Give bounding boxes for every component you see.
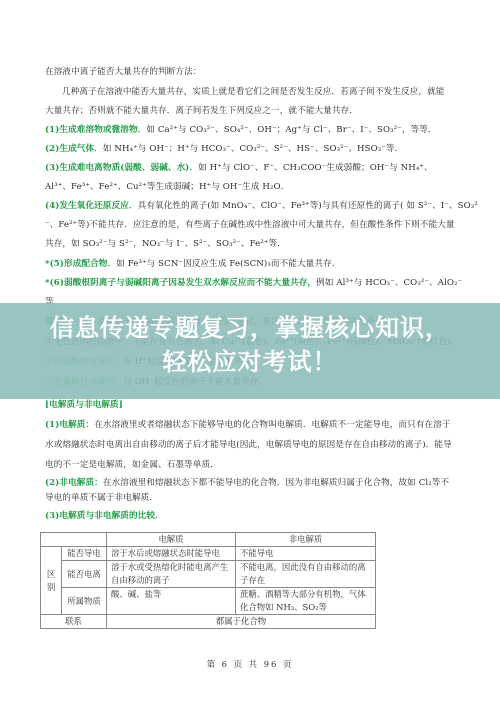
definition-1-cont-2: 电的不一定是电解质，如金属、石墨等单质． bbox=[45, 459, 460, 471]
table-row: 区别 能否导电 溶于水后或熔融状态时能导电 不能导电 bbox=[41, 547, 376, 561]
table-aspect: 所属物质 bbox=[62, 588, 107, 615]
definition-1-text: 在水溶液里或者熔融状态下能够导电的化合物叫电解质．电解质不一定能导电，而只有在溶… bbox=[94, 420, 450, 430]
intro-line-2: 大量共存；否则就不能大量共存．离子间若发生下列反应之一，就不能大量共存． bbox=[45, 105, 460, 117]
table-row: 能否电离 溶于水或受热熔化时能电离产生自由移动的离子 不能电离，因此没有自由移动… bbox=[41, 561, 376, 588]
intro-line-1: 几种离子在溶液中能否大量共存，实质上就是看它们之间是否发生反应．若离子间不发生反… bbox=[62, 86, 460, 98]
page-number: 第 6 页 共 96 页 bbox=[0, 658, 500, 670]
table-cell-non-electrolyte: 不能导电 bbox=[236, 547, 376, 561]
doc-heading: 在溶液中离子能否大量共存的判断方法： bbox=[45, 66, 460, 78]
rule-1: (1)生成难溶物或微溶物．如 Ca²⁺与 CO₃²⁻、SO₄²⁻、OH⁻；Ag⁺… bbox=[45, 124, 460, 136]
definition-2-label: (2)非电解质： bbox=[45, 478, 103, 488]
table-cell-non-electrolyte: 不能电离，因此没有自由移动的离子存在 bbox=[236, 561, 376, 588]
rule-4-label: (4)发生氧化还原反应． bbox=[45, 201, 138, 211]
definition-1-label: (1)电解质： bbox=[45, 420, 94, 430]
rule-2: (2)生成气体．如 NH₄⁺与 OH⁻；H⁺与 HCO₃⁻、CO₃²⁻、S²⁻、… bbox=[45, 143, 460, 155]
rule-6-label: *(6)弱酸根阴离子与弱碱阳离子因易发生双水解反应而不能大量共存， bbox=[45, 278, 316, 288]
definition-3: (3)电解质与非电解质的比较． bbox=[45, 510, 460, 522]
rule-4-text: 具有氧化性的离子(如 MnO₄⁻、ClO⁻、Fe³⁺等)与具有还原性的离子( 如… bbox=[138, 201, 478, 211]
banner-line-1: 信息传递专题复习，掌握核心知识， bbox=[0, 311, 500, 345]
rule-5-text: 如 Fe³⁺与 SCN⁻因反应生成 Fe(SCN)₃而不能大量共存． bbox=[116, 259, 340, 269]
rule-3-cont: Al³⁺、Fe³⁺、Fe²⁺、Cu²⁺等生成弱碱；H⁺与 OH⁻生成 H₂O． bbox=[45, 181, 460, 193]
table-cell-electrolyte: 酸、碱、盐等 bbox=[107, 588, 236, 615]
table-header-non-electrolyte: 非电解质 bbox=[236, 533, 376, 547]
table-relation-value: 都属于化合物 bbox=[107, 615, 376, 629]
rule-5-label: *(5)形成配合物． bbox=[45, 259, 116, 269]
banner-headline: 信息传递专题复习，掌握核心知识， 轻松应对考试！ bbox=[0, 311, 500, 379]
table-header-blank bbox=[41, 533, 107, 547]
rule-1-text: 如 Ca²⁺与 CO₃²⁻、SO₄²⁻、OH⁻；Ag⁺与 Cl⁻、Br⁻、I⁻、… bbox=[146, 125, 436, 135]
definition-1-cont-1: 水或熔融状态时电离出自由移动的离子后才能导电(因此，电解质导电的原因是存在自由移… bbox=[45, 439, 460, 451]
rule-3-text: 如 H⁺与 ClO⁻、F⁻、CH₃COO⁻生成弱酸；OH⁻与 NH₄⁺、 bbox=[198, 163, 433, 173]
rule-5: *(5)形成配合物．如 Fe³⁺与 SCN⁻因反应生成 Fe(SCN)₃而不能大… bbox=[45, 258, 460, 270]
rule-2-label: (2)生成气体． bbox=[45, 144, 103, 154]
rule-3: (3)生成难电离物质(弱酸、弱碱、水)．如 H⁺与 ClO⁻、F⁻、CH₃COO… bbox=[45, 162, 460, 174]
banner-line-2: 轻松应对考试！ bbox=[0, 345, 500, 379]
rule-4-cont-2: 共存，如 SO₃²⁻与 S²⁻，NO₃⁻与 I⁻、S²⁻、SO₃²⁻、Fe²⁺等… bbox=[45, 238, 460, 250]
table-cell-electrolyte: 溶于水后或熔融状态时能导电 bbox=[107, 547, 236, 561]
rule-4: (4)发生氧化还原反应．具有氧化性的离子(如 MnO₄⁻、ClO⁻、Fe³⁺等)… bbox=[45, 200, 460, 212]
table-cell-electrolyte: 溶于水或受热熔化时能电离产生自由移动的离子 bbox=[107, 561, 236, 588]
rule-2-text: 如 NH₄⁺与 OH⁻；H⁺与 HCO₃⁻、CO₃²⁻、S²⁻、HS⁻、SO₃²… bbox=[103, 144, 403, 154]
rule-3-label: (3)生成难电离物质(弱酸、弱碱、水)． bbox=[45, 163, 198, 173]
rule-6-text: 例如 Al³⁺与 HCO₃⁻、CO₃²⁻、AlO₂⁻ bbox=[316, 278, 462, 288]
rule-6: *(6)弱酸根阴离子与弱碱阳离子因易发生双水解反应而不能大量共存，例如 Al³⁺… bbox=[45, 277, 460, 289]
table-relation-label: 联系 bbox=[41, 615, 107, 629]
table-header-electrolyte: 电解质 bbox=[107, 533, 236, 547]
table-cell-non-electrolyte: 蔗糖、酒精等大部分有机物，气体化合物如 NH₃、SO₂等 bbox=[236, 588, 376, 615]
section-title: [电解质与非电解质] bbox=[45, 399, 460, 411]
definition-2-text: 在水溶液里和熔融状态下都不能导电的化合物．因为非电解质归属于化合物，故如 Cl₂… bbox=[103, 478, 449, 488]
table-aspect: 能否电离 bbox=[62, 561, 107, 588]
comparison-table: 电解质 非电解质 区别 能否导电 溶于水后或熔融状态时能导电 不能导电 能否电离… bbox=[40, 532, 376, 629]
definition-2: (2)非电解质：在水溶液里和熔融状态下都不能导电的化合物．因为非电解质归属于化合… bbox=[45, 477, 460, 489]
rule-4-cont-1: ⁻、Fe²⁺等)不能共存．应注意的是，有些离子在碱性或中性溶液中可大量共存，但在… bbox=[45, 219, 460, 231]
table-row: 所属物质 酸、碱、盐等 蔗糖、酒精等大部分有机物，气体化合物如 NH₃、SO₂等 bbox=[41, 588, 376, 615]
promo-banner: 信息传递专题复习，掌握核心知识， 轻松应对考试！ bbox=[0, 303, 500, 399]
table-header-row: 电解质 非电解质 bbox=[41, 533, 376, 547]
definition-1: (1)电解质：在水溶液里或者熔融状态下能够导电的化合物叫电解质．电解质不一定能导… bbox=[45, 419, 460, 431]
table-relation-row: 联系 都属于化合物 bbox=[41, 615, 376, 629]
table-aspect: 能否导电 bbox=[62, 547, 107, 561]
rule-1-label: (1)生成难溶物或微溶物． bbox=[45, 125, 146, 135]
definition-2-cont: 导电的单质不属于非电解质． bbox=[45, 492, 460, 504]
table-group-label: 区别 bbox=[41, 547, 62, 615]
